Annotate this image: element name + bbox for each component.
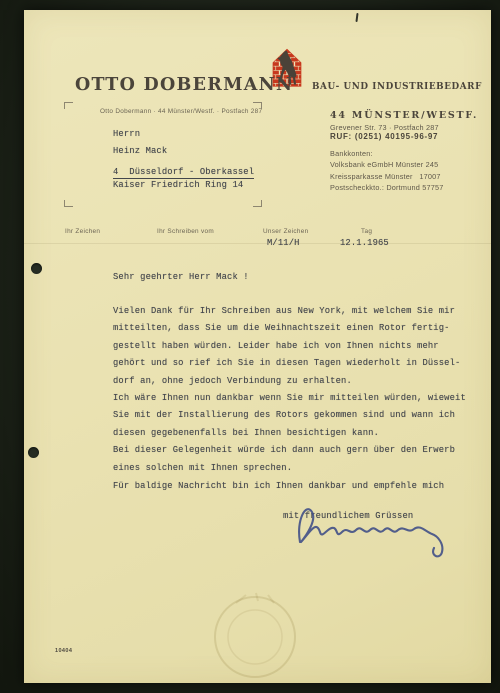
recipient-city-line: 4 Düsseldorf - Oberkassel: [113, 167, 254, 179]
ref-label-ihr-zeichen: Ihr Zeichen: [65, 228, 100, 235]
form-number: 10404: [55, 648, 72, 654]
bank-account-lines: Volksbank eGmbH Münster 245 Kreissparkas…: [330, 159, 443, 194]
recipient-name-line: Heinz Mack: [113, 146, 167, 156]
pen-mark: [355, 13, 358, 22]
contact-city-line: 44 MÜNSTER/WESTF.: [330, 110, 478, 121]
sender-return-line: Otto Dobermann · 44 Münster/Westf. · Pos…: [100, 108, 262, 115]
address-window-mark-br: [253, 200, 262, 207]
ref-label-ihr-schreiben-vom: Ihr Schreiben vom: [157, 228, 214, 235]
address-window-mark-tr: [253, 102, 262, 109]
contact-phone-line: RUF: (0251) 40195-96-97: [330, 132, 438, 141]
ref-label-unser-zeichen: Unser Zeichen: [263, 228, 308, 235]
address-window-mark-tl: [64, 102, 73, 109]
body-salutation: Sehr geehrter Herr Mack !: [113, 272, 249, 282]
recipient-salutation-line: Herrn: [113, 129, 140, 139]
body-paragraph-2: Für baldige Nachricht bin ich Ihnen dank…: [113, 481, 444, 491]
company-tagline: BAU- UND INDUSTRIEBEDARF: [312, 82, 482, 92]
ref-label-tag: Tag: [361, 228, 372, 235]
scan-backdrop: OTTO DOBERMANN BAU- UND INDUSTRIEBEDARF …: [0, 0, 500, 693]
bank-heading: Bankkonten:: [330, 148, 373, 160]
fold-line: [24, 243, 491, 244]
embossed-stamp: [208, 585, 303, 680]
punch-hole-bottom: [28, 447, 39, 458]
address-window-mark-bl: [64, 200, 73, 207]
signature-icon: [286, 492, 466, 567]
punch-hole-top: [31, 263, 42, 274]
recipient-street-line: Kaiser Friedrich Ring 14: [113, 180, 243, 190]
letter-page: OTTO DOBERMANN BAU- UND INDUSTRIEBEDARF …: [24, 10, 491, 683]
company-name: OTTO DOBERMANN: [75, 75, 293, 95]
body-paragraph-1: Vielen Dank für Ihr Schreiben aus New Yo…: [113, 303, 466, 477]
